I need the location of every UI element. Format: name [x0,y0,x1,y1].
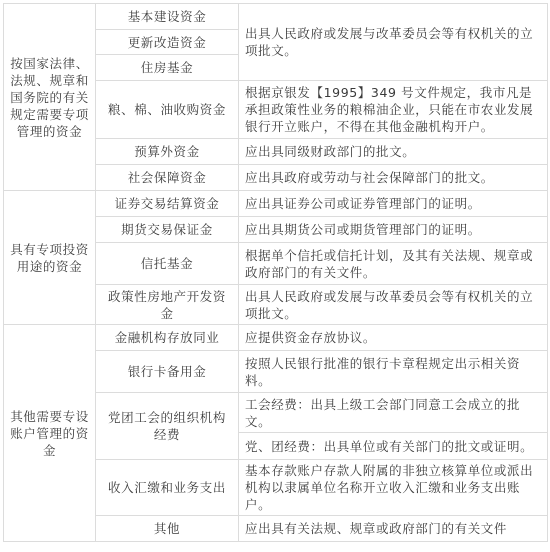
fund-type-cell: 其他 [96,516,239,542]
requirement-cell: 应出具政府或劳动与社会保障部门的批文。 [239,165,548,191]
requirement-cell: 根据京银发【1995】349 号文件规定，我市凡是承担政策性业务的粮棉油企业，只… [239,81,548,139]
fund-type-cell: 收入汇缴和业务支出 [96,460,239,516]
fund-type-cell: 银行卡备用金 [96,351,239,393]
requirement-cell: 按照人民银行批准的银行卡章程规定出示相关资料。 [239,351,548,393]
requirement-cell: 应出具有关法规、规章或政府部门的有关文件 [239,516,548,542]
fund-type-cell: 政策性房地产开发资金 [96,285,239,325]
fund-type-cell: 更新改造资金 [96,30,239,55]
table-row: 其他需要专设账户管理的资金 金融机构存放同业 应提供资金存放协议。 [4,325,548,351]
requirement-cell: 基本存款账户存款人附属的非独立核算单位或派出机构以隶属单位名称开立收入汇缴和业务… [239,460,548,516]
fund-type-cell: 金融机构存放同业 [96,325,239,351]
category-cell: 具有专项投资用途的资金 [4,191,96,325]
table-row: 具有专项投资用途的资金 证券交易结算资金 应出具证券公司或证券管理部门的证明。 [4,191,548,217]
fund-type-cell: 证券交易结算资金 [96,191,239,217]
fund-type-cell: 粮、棉、油收购资金 [96,81,239,139]
fund-type-cell: 社会保障资金 [96,165,239,191]
requirement-cell: 出具人民政府或发展与改革委员会等有权机关的立项批文。 [239,4,548,81]
requirement-cell: 应出具期货公司或期货管理部门的证明。 [239,217,548,243]
requirement-cell: 应提供资金存放协议。 [239,325,548,351]
special-accounts-table: 按国家法律、法规、规章和国务院的有关规定需要专项管理的资金 基本建设资金 出具人… [3,3,548,542]
fund-type-cell: 期货交易保证金 [96,217,239,243]
requirement-cell: 应出具同级财政部门的批文。 [239,139,548,165]
fund-type-cell: 信托基金 [96,243,239,285]
fund-type-cell: 预算外资金 [96,139,239,165]
fund-type-cell: 住房基金 [96,55,239,81]
requirement-cell: 根据单个信托或信托计划，及其有关法规、规章或政府部门的有关文件。 [239,243,548,285]
category-cell: 按国家法律、法规、规章和国务院的有关规定需要专项管理的资金 [4,4,96,191]
fund-type-cell: 党团工会的组织机构经费 [96,393,239,460]
category-cell: 其他需要专设账户管理的资金 [4,325,96,542]
fund-type-cell: 基本建设资金 [96,4,239,30]
table-row: 按国家法律、法规、规章和国务院的有关规定需要专项管理的资金 基本建设资金 出具人… [4,4,548,30]
requirement-cell: 党、团经费：出具单位或有关部门的批文或证明。 [239,433,548,460]
requirement-cell: 应出具证券公司或证券管理部门的证明。 [239,191,548,217]
requirement-cell: 工会经费：出具上级工会部门同意工会成立的批文。 [239,393,548,433]
requirement-cell: 出具人民政府或发展与改革委员会等有权机关的立项批文。 [239,285,548,325]
